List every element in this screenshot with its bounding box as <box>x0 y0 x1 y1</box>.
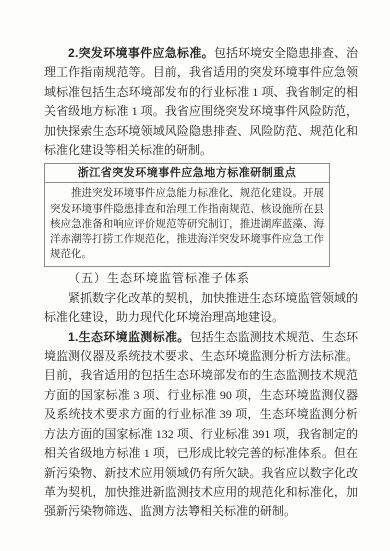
callout-box-title: 浙江省突发环境事件应急地方标准研制重点 <box>45 164 329 183</box>
paragraph-digital-reform: 紧抓数字化改革的契机，加快推进生态环境监管领域的标准化建设，助力现代化环境治理高… <box>44 289 358 328</box>
callout-box-body: 推进突发环境事件应急能力标准化、规范化建设。开展突发环境事件隐患排查和治理工作指… <box>45 183 329 266</box>
page-number: 13 <box>0 505 390 515</box>
document-page: 2.突发环境事件应急标准。包括环境安全隐患排查、治理工作指南规范等。目前，我省适… <box>0 0 390 551</box>
callout-box: 浙江省突发环境事件应急地方标准研制重点 推进突发环境事件应急能力标准化、规范化建… <box>44 163 330 267</box>
paragraph-monitoring-standards: 1.生态环境监测标准。包括生态监测技术规范、生态环境监测仪器及系统技术要求、生态… <box>44 328 358 522</box>
paragraph-lead-1: 1.生态环境监测标准。 <box>68 330 190 344</box>
paragraph-body-1: 包括生态监测技术规范、生态环境监测仪器及系统技术要求、生态环境监测分析方法标准。… <box>44 330 358 519</box>
section-heading: （五）生态环境监管标准子体系 <box>44 269 358 288</box>
paragraph-emergency-standards: 2.突发环境事件应急标准。包括环境安全隐患排查、治理工作指南规范等。目前，我省适… <box>44 44 358 160</box>
paragraph-body-2: 包括环境安全隐患排查、治理工作指南规范等。目前，我省适用的突发环境事件应急领域标… <box>44 46 358 157</box>
paragraph-lead-2: 2.突发环境事件应急标准。 <box>68 46 214 60</box>
document-content: 2.突发环境事件应急标准。包括环境安全隐患排查、治理工作指南规范等。目前，我省适… <box>44 44 358 522</box>
